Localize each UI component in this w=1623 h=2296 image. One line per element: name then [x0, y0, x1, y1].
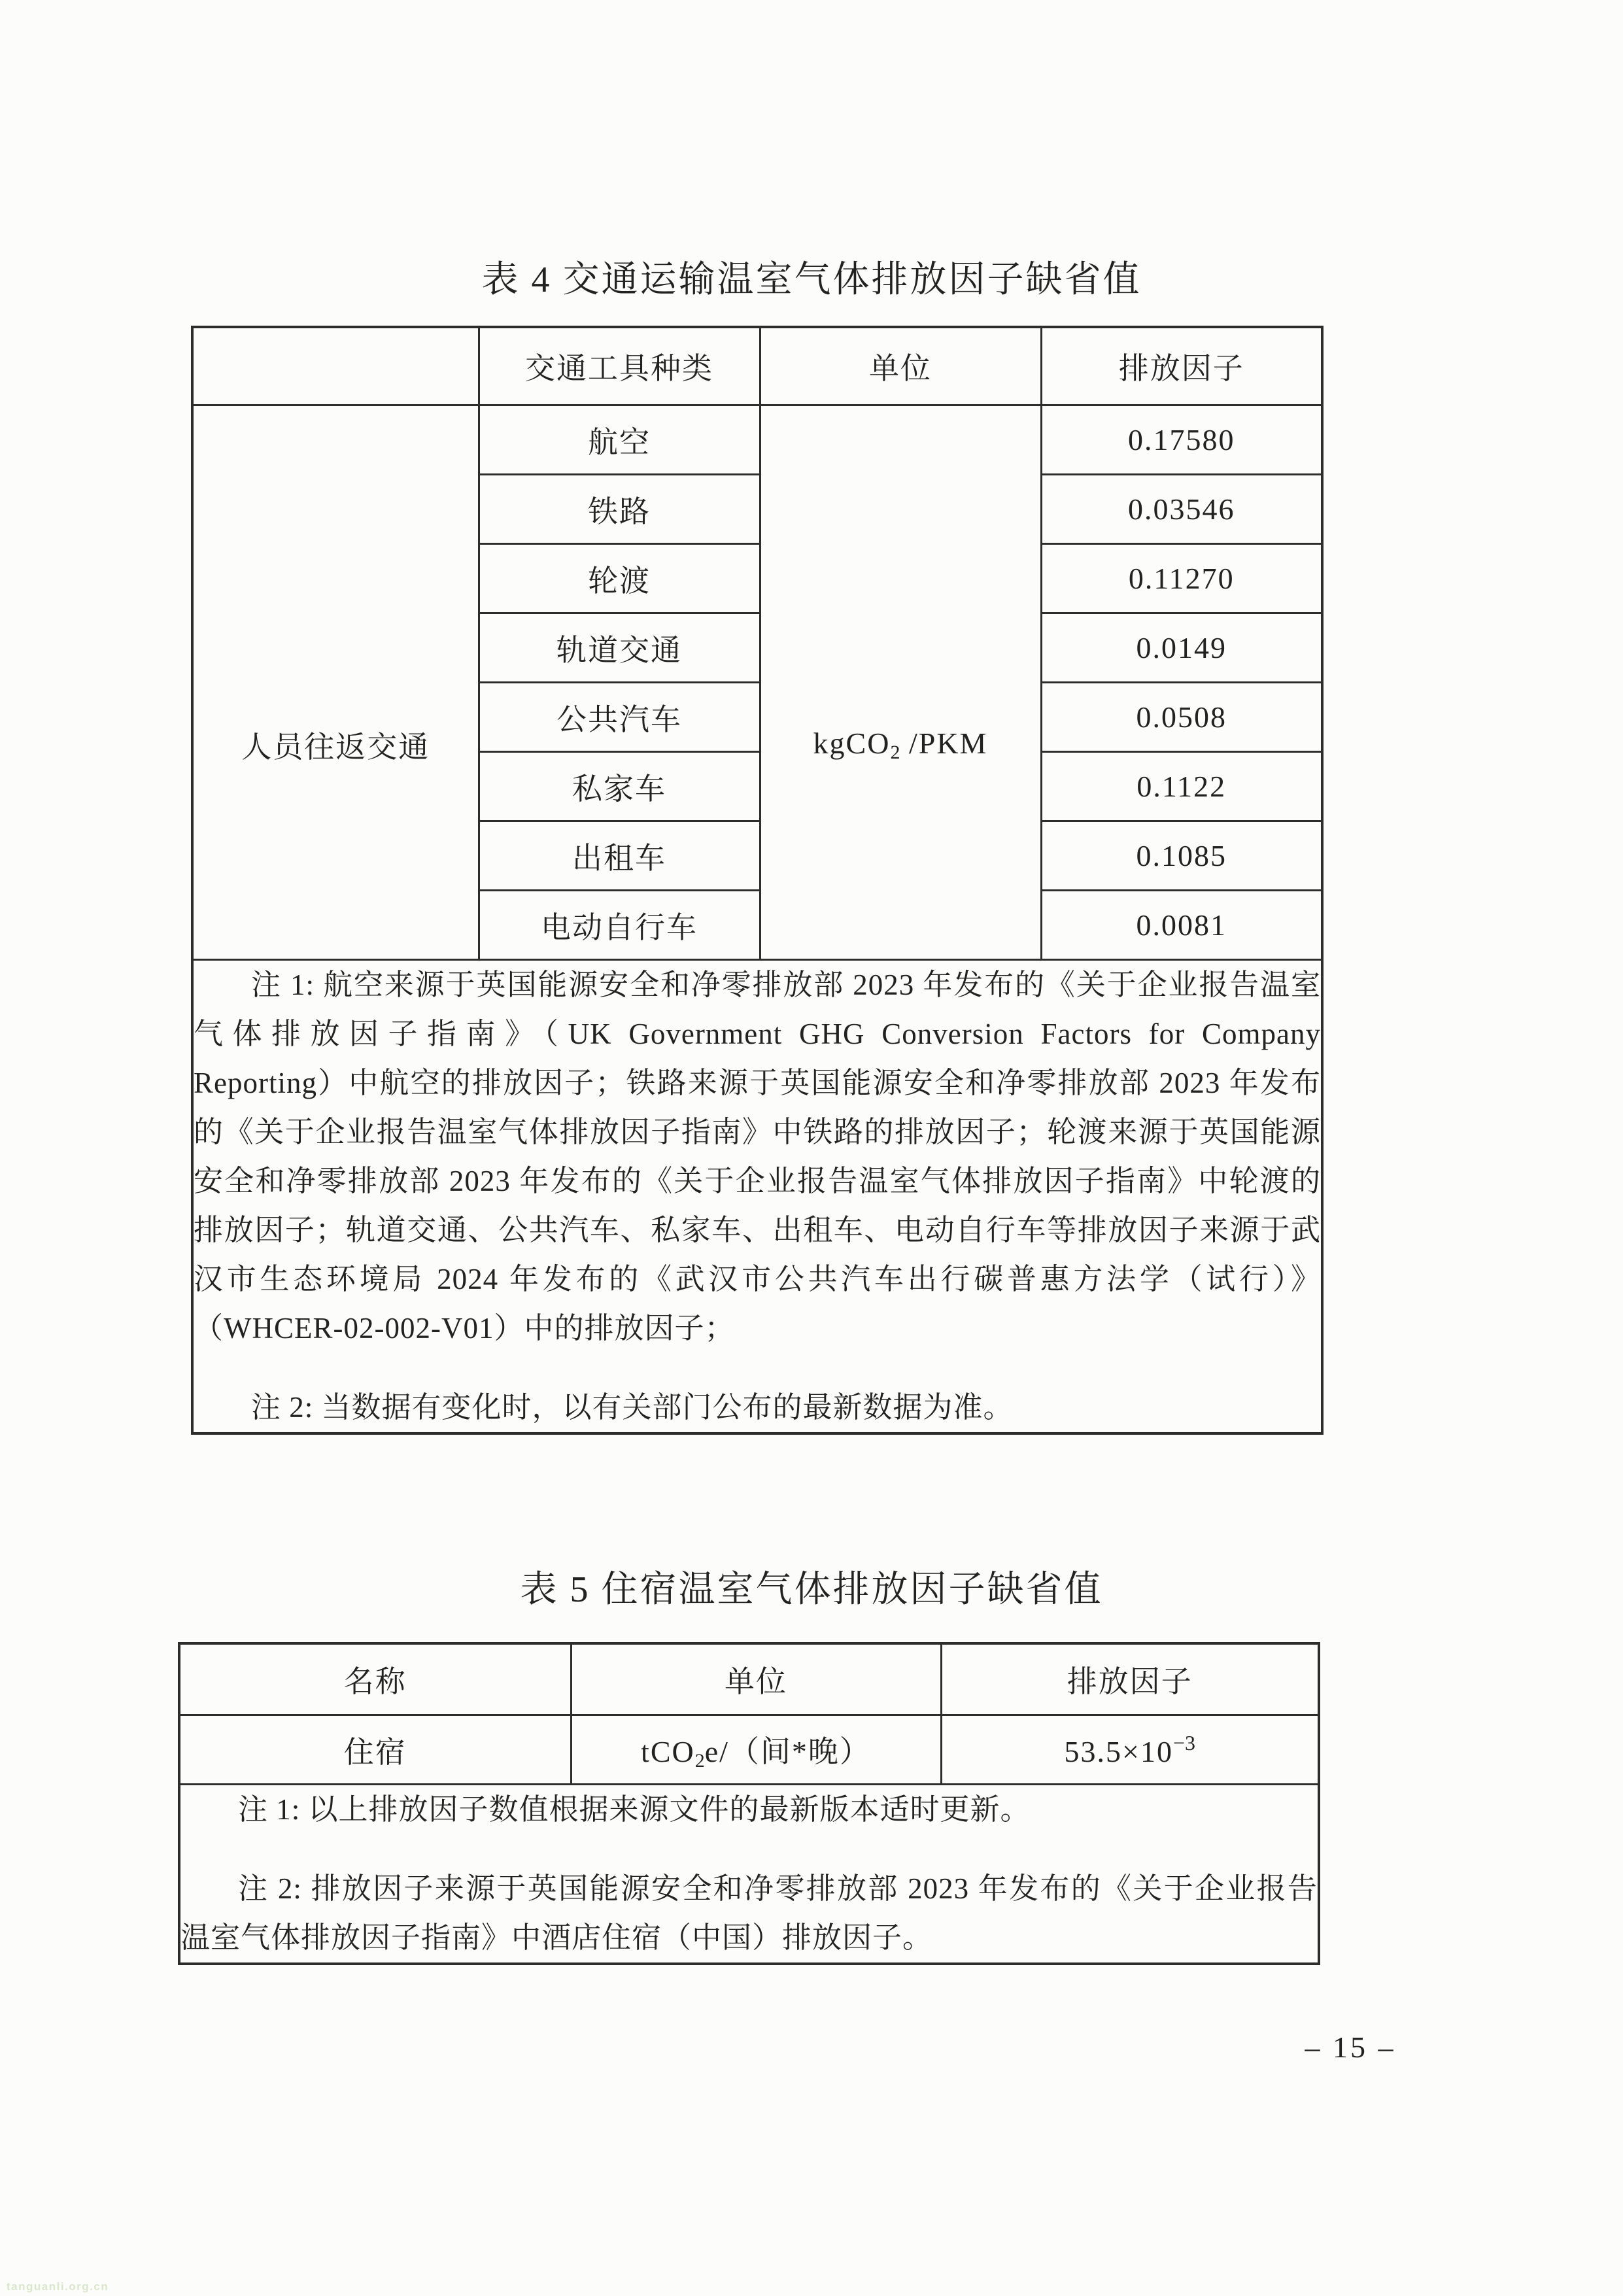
table4-factor-cell: 0.1085 [1041, 821, 1322, 891]
table4-factor-cell: 0.17580 [1041, 405, 1322, 475]
unit-text-suffix: /PKM [900, 727, 987, 760]
table4-vehicle-cell: 铁路 [479, 475, 760, 544]
table4-title: 表 4 交通运输温室气体排放因子缺省值 [0, 250, 1623, 303]
table4-notes-row: 注 1: 航空来源于英国能源安全和净零排放部 2023 年发布的《关于企业报告温… [192, 960, 1322, 1434]
table5-header-factor: 排放因子 [941, 1643, 1319, 1715]
table5-header-name: 名称 [179, 1643, 571, 1715]
table4-header-vehicle: 交通工具种类 [479, 327, 760, 405]
table5-header-unit: 单位 [571, 1643, 941, 1715]
table4-vehicle-cell: 轨道交通 [479, 613, 760, 683]
table4-factor-cell: 0.0508 [1041, 683, 1322, 752]
table4-unit-cell: kgCO2 /PKM [760, 405, 1041, 960]
table5-note2: 注 2: 排放因子来源于英国能源安全和净零排放部 2023 年发布的《关于企业报… [180, 1864, 1318, 1962]
unit-text-suffix: e/（间*晚） [705, 1735, 871, 1768]
unit-text: kgCO [813, 727, 891, 760]
table4-vehicle-cell: 电动自行车 [479, 891, 760, 960]
table4-vehicle-cell: 轮渡 [479, 544, 760, 613]
table4-header-factor: 排放因子 [1041, 327, 1322, 405]
table5-note1: 注 1: 以上排放因子数值根据来源文件的最新版本适时更新。 [180, 1785, 1318, 1834]
table5-factor-cell: 53.5×10−3 [941, 1715, 1319, 1785]
table5-notes-row: 注 1: 以上排放因子数值根据来源文件的最新版本适时更新。 注 2: 排放因子来… [179, 1785, 1319, 1964]
factor-exponent: −3 [1173, 1731, 1195, 1755]
table4-header-row: 交通工具种类 单位 排放因子 [192, 327, 1322, 405]
table-row: 人员往返交通 航空 kgCO2 /PKM 0.17580 [192, 405, 1322, 475]
table4-factor-cell: 0.11270 [1041, 544, 1322, 613]
table5-notes-cell: 注 1: 以上排放因子数值根据来源文件的最新版本适时更新。 注 2: 排放因子来… [179, 1785, 1319, 1964]
factor-base: 53.5×10 [1065, 1735, 1173, 1768]
table5-header-row: 名称 单位 排放因子 [179, 1643, 1319, 1715]
table4-note1: 注 1: 航空来源于英国能源安全和净零排放部 2023 年发布的《关于企业报告温… [194, 961, 1321, 1353]
unit-text: tCO [641, 1735, 695, 1768]
unit-subscript: 2 [695, 1750, 705, 1772]
table4-factor-cell: 0.0149 [1041, 613, 1322, 683]
table4-vehicle-cell: 私家车 [479, 752, 760, 821]
table4-factor-cell: 0.1122 [1041, 752, 1322, 821]
watermark: tanguanli.org.cn [7, 2280, 109, 2293]
table4-note2: 注 2: 当数据有变化时，以有关部门公布的最新数据为准。 [194, 1383, 1321, 1432]
document-page: 表 4 交通运输温室气体排放因子缺省值 交通工具种类 单位 排放因子 人员往返交… [0, 0, 1623, 2296]
table4-notes-cell: 注 1: 航空来源于英国能源安全和净零排放部 2023 年发布的《关于企业报告温… [192, 960, 1322, 1434]
table4-vehicle-cell: 航空 [479, 405, 760, 475]
table4-header-category [192, 327, 479, 405]
unit-subscript: 2 [890, 742, 900, 763]
table-row: 住宿 tCO2e/（间*晚） 53.5×10−3 [179, 1715, 1319, 1785]
table4-vehicle-cell: 出租车 [479, 821, 760, 891]
table5-accommodation-emission-factors: 名称 单位 排放因子 住宿 tCO2e/（间*晚） 53.5×10−3 注 1:… [178, 1642, 1320, 1965]
table4-vehicle-cell: 公共汽车 [479, 683, 760, 752]
table5-unit-cell: tCO2e/（间*晚） [571, 1715, 941, 1785]
table4-category-cell: 人员往返交通 [192, 405, 479, 960]
table4-factor-cell: 0.0081 [1041, 891, 1322, 960]
page-number: – 15 – [1291, 2030, 1409, 2065]
table5-title: 表 5 住宿温室气体排放因子缺省值 [0, 1560, 1623, 1613]
table4-header-unit: 单位 [760, 327, 1041, 405]
table4-transport-emission-factors: 交通工具种类 单位 排放因子 人员往返交通 航空 kgCO2 /PKM 0.17… [191, 326, 1324, 1435]
table4-factor-cell: 0.03546 [1041, 475, 1322, 544]
table5-name-cell: 住宿 [179, 1715, 571, 1785]
